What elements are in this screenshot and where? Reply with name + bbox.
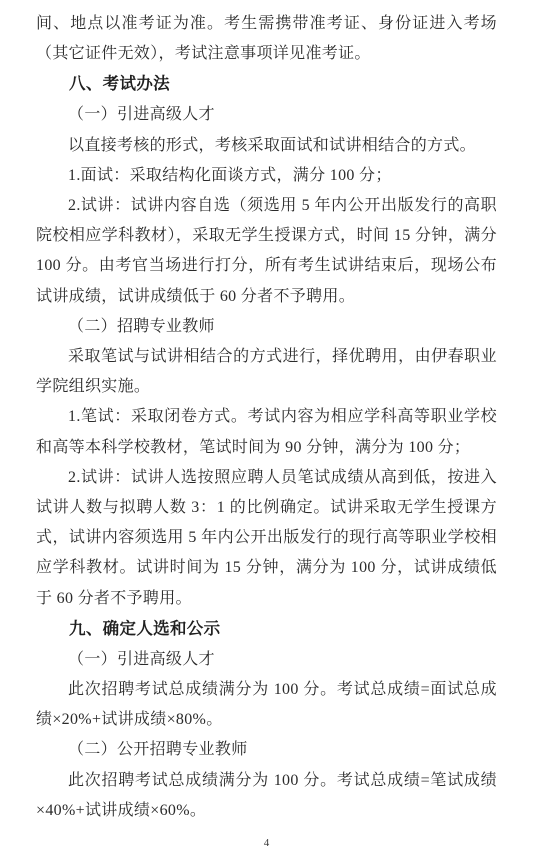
paragraph: 2.试讲：试讲人选按照应聘人员笔试成绩从高到低，按进入试讲人数与拟聘人数 3：1…	[36, 463, 497, 614]
paragraph: 此次招聘考试总成绩满分为 100 分。考试总成绩=笔试成绩×40%+试讲成绩×6…	[36, 766, 497, 826]
paragraph: 此次招聘考试总成绩满分为 100 分。考试总成绩=面试总成绩×20%+试讲成绩×…	[36, 675, 497, 735]
paragraph: 1.面试：采取结构化面谈方式，满分 100 分；	[36, 161, 497, 191]
paragraph: 1.笔试：采取闭卷方式。考试内容为相应学科高等职业学校和高等本科学校教材，笔试时…	[36, 402, 497, 462]
section-heading: 九、确定人选和公示	[36, 614, 497, 645]
paragraph: 2.试讲：试讲内容自选（须选用 5 年内公开出版发行的高职院校相应学科教材），采…	[36, 191, 497, 312]
paragraph: 以直接考核的形式，考核采取面试和试讲相结合的方式。	[36, 131, 497, 161]
document-body: 间、地点以准考证为准。考生需携带准考证、身份证进入考场（其它证件无效），考试注意…	[36, 9, 497, 826]
sub-section-heading: （一）引进高级人才	[36, 100, 497, 130]
paragraph: 采取笔试与试讲相结合的方式进行，择优聘用，由伊春职业学院组织实施。	[36, 342, 497, 402]
sub-section-heading: （二）招聘专业教师	[36, 312, 497, 342]
section-heading: 八、考试办法	[36, 69, 497, 100]
sub-section-heading: （二）公开招聘专业教师	[36, 735, 497, 765]
paragraph-continuation: 间、地点以准考证为准。考生需携带准考证、身份证进入考场（其它证件无效），考试注意…	[36, 9, 497, 69]
sub-section-heading: （一）引进高级人才	[36, 645, 497, 675]
document-page: 间、地点以准考证为准。考生需携带准考证、身份证进入考场（其它证件无效），考试注意…	[0, 0, 533, 852]
page-number: 4	[0, 837, 533, 849]
